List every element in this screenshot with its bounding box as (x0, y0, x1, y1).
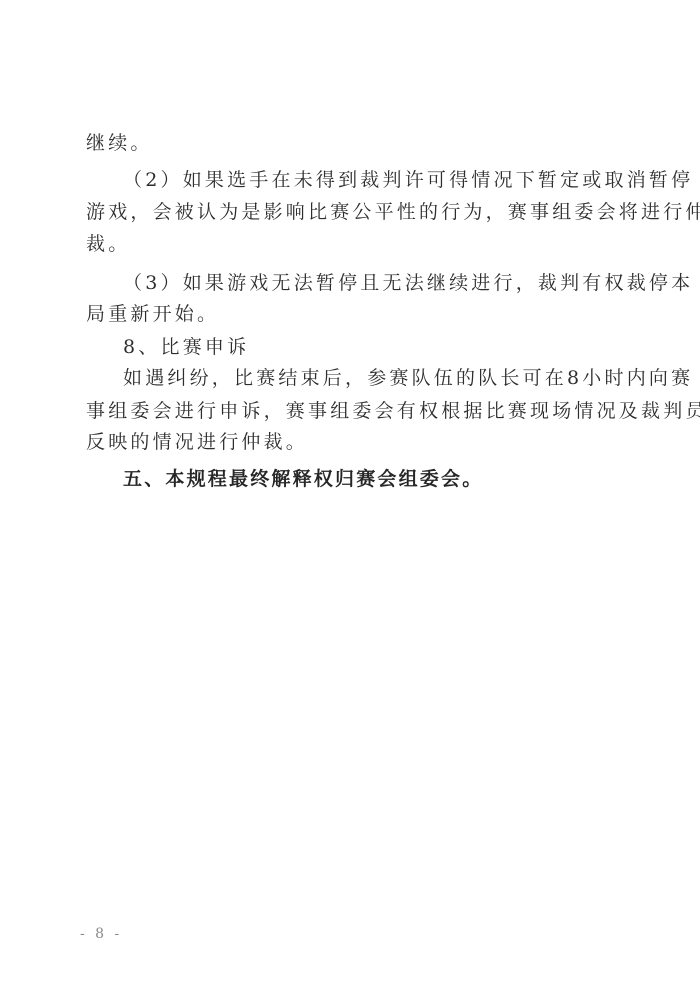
appeal-paragraph-line-3: 反映的情况进行仲裁。 (86, 430, 308, 454)
rule-item-3-line-2: 局重新开始。 (86, 302, 219, 326)
rule-item-2-line-2: 游戏，会被认为是影响比赛公平性的行为，赛事组委会将进行仲 (86, 200, 700, 224)
rule-item-3-line-1: （3）如果游戏无法暂停且无法继续进行，裁判有权裁停本 (123, 271, 693, 295)
page-number: - 8 - (80, 926, 122, 942)
final-interpretation-heading: 五、本规程最终解释权归赛会组委会。 (123, 467, 483, 491)
paragraph-continuation: 继续。 (86, 131, 153, 155)
appeal-paragraph-line-1: 如遇纠纷，比赛结束后，参赛队伍的队长可在8小时内向赛 (123, 366, 693, 390)
appeal-paragraph-line-2: 事组委会进行申诉，赛事组委会有权根据比赛现场情况及裁判员 (86, 399, 700, 423)
rule-item-2-line-1: （2）如果选手在未得到裁判许可得情况下暂定或取消暂停 (123, 168, 693, 192)
document-page: 继续。 （2）如果选手在未得到裁判许可得情况下暂定或取消暂停 游戏，会被认为是影… (0, 0, 700, 989)
rule-item-2-line-3: 裁。 (86, 232, 130, 256)
section-heading-appeal: 8、比赛申诉 (123, 335, 249, 359)
